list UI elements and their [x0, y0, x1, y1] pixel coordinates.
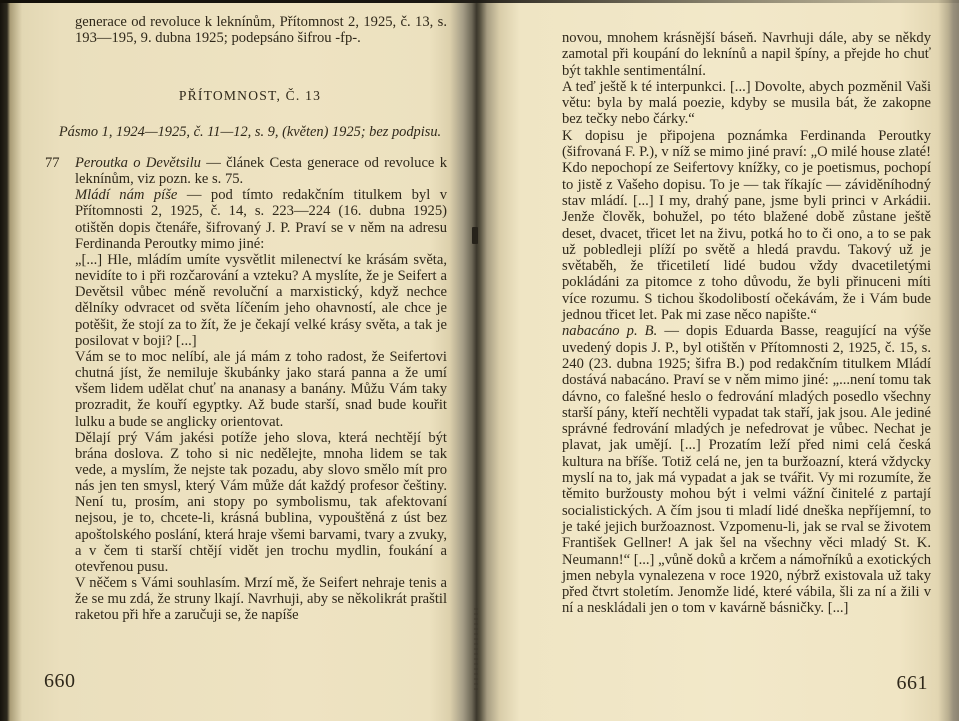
- gutter-faint-marks: [474, 608, 478, 692]
- paragraph: nabacáno p. B. — dopis Eduarda Basse, re…: [562, 323, 931, 616]
- page-top-edge-shadow: [0, 0, 959, 3]
- page-number-left: 660: [44, 670, 76, 693]
- paragraph: Mládí nám píše — pod tímto redakčním tit…: [75, 187, 447, 252]
- left-continuation-paragraph: generace od revoluce k leknínům, Přítomn…: [75, 14, 447, 46]
- annotation-entry-77: 77 Peroutka o Devětsilu — článek Cesta g…: [75, 155, 447, 624]
- paragraph: A teď ještě k té interpunkci. [...] Dovo…: [562, 79, 931, 128]
- entry-number: 77: [45, 155, 60, 171]
- paragraph: K dopisu je připojena poznámka Ferdinand…: [562, 128, 931, 324]
- paragraph: novou, mnohem krásnější báseň. Navrhuji …: [562, 30, 931, 79]
- right-page-text-column: novou, mnohem krásnější báseň. Navrhuji …: [562, 30, 931, 617]
- page-number-right: 661: [828, 672, 928, 695]
- paragraph: Peroutka o Devětsilu — článek Cesta gene…: [75, 155, 447, 187]
- section-heading: PŘÍTOMNOST, Č. 13: [52, 88, 448, 104]
- book-spread: generace od revoluce k leknínům, Přítomn…: [0, 0, 959, 721]
- paragraph: Dělají prý Vám jakési potíže jeho slova,…: [75, 430, 447, 575]
- gutter-ink-mark: [472, 227, 478, 244]
- paragraph: V něčem s Vámi souhlasím. Mrzí mě, že Se…: [75, 575, 447, 623]
- paragraph: „[...] Hle, mládím umíte vysvětlit milen…: [75, 252, 447, 349]
- paragraph: Vám se to moc nelíbí, ale já mám z toho …: [75, 349, 447, 430]
- issue-reference-line: Pásmo 1, 1924—1925, č. 11—12, s. 9, (kvě…: [42, 124, 458, 141]
